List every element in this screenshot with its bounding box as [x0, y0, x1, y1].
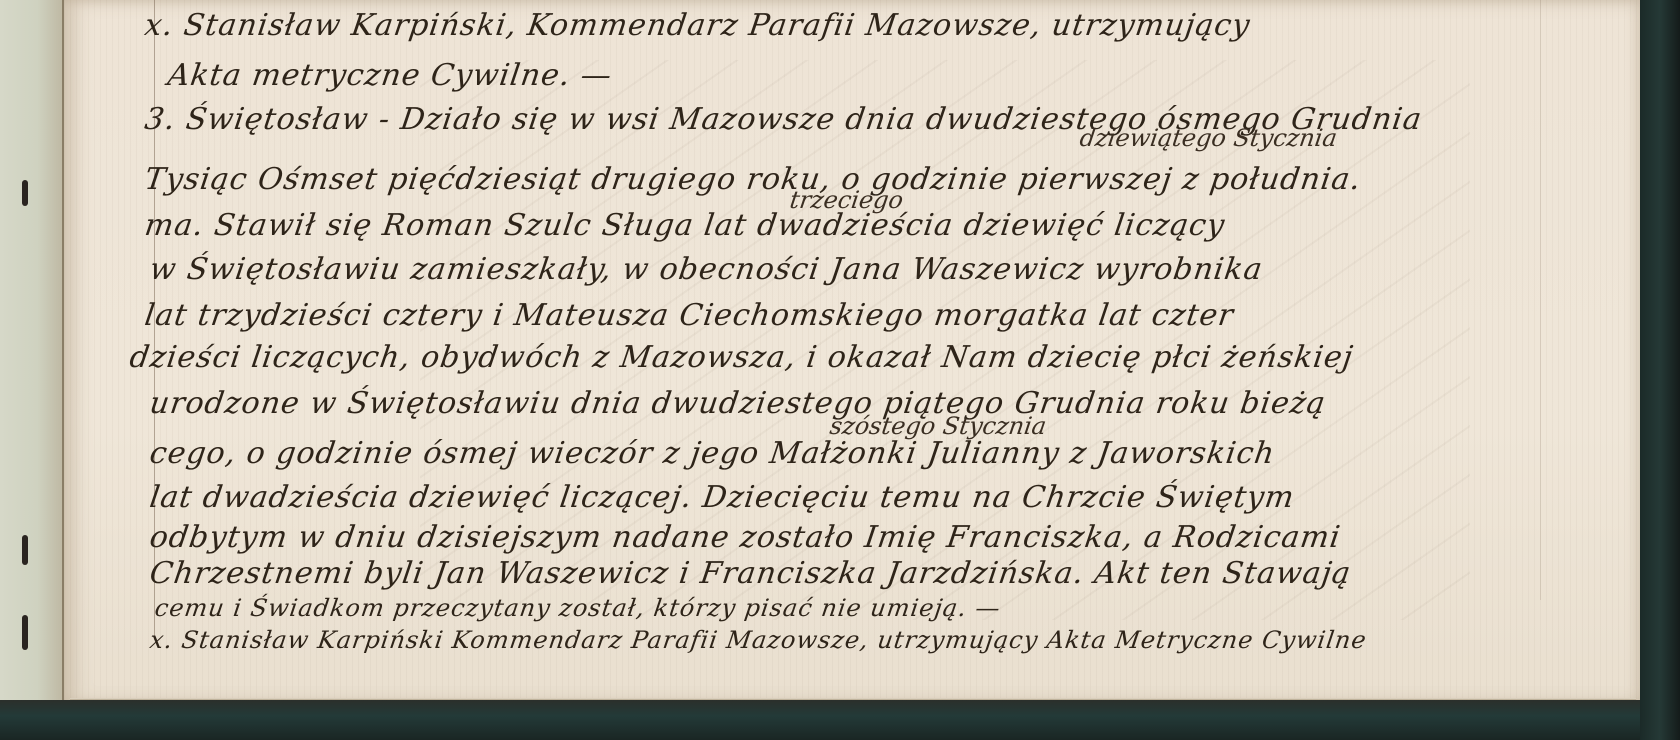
text-line: urodzone w Świętosławiu dnia dwudziesteg… [148, 386, 1329, 421]
ink-blot [22, 180, 28, 206]
text-line: ma. Stawił się Roman Szulc Sługa lat dwa… [143, 208, 1228, 243]
signature-line: x. Stanisław Karpiński Kommendarz Parafi… [148, 626, 1369, 654]
text-line: w Świętosławiu zamieszkały, w obecności … [148, 252, 1266, 287]
text-line: Akta metryczne Cywilne. — [166, 58, 615, 93]
right-margin-rule [1540, 0, 1541, 600]
book-cover-right [1640, 0, 1680, 740]
text-line: lat dwadzieścia dziewięć liczącej. Dziec… [148, 480, 1297, 515]
book-cover-bottom [0, 700, 1680, 740]
interlinear-correction: dziewiątego Stycznia [1078, 124, 1339, 152]
ink-blot [22, 535, 28, 565]
text-line: Chrzestnemi byli Jan Waszewicz i Francis… [148, 556, 1354, 591]
left-page-edge [0, 0, 64, 700]
text-line: Tysiąc Ośmset pięćdziesiąt drugiego roku… [143, 162, 1364, 197]
text-line: lat trzydzieści cztery i Mateusza Ciecho… [143, 298, 1237, 333]
ink-blot [22, 615, 28, 650]
text-line: cemu i Świadkom przeczytany został, któr… [153, 594, 1003, 622]
text-line: odbytym w dniu dzisiejszym nadane został… [148, 520, 1343, 555]
text-line: x. Stanisław Karpiński, Kommendarz Paraf… [143, 8, 1253, 43]
text-line: cego, o godzinie ósmej wieczór z jego Ma… [148, 436, 1278, 471]
text-line: dzieści liczących, obydwóch z Mazowsza, … [128, 340, 1356, 375]
